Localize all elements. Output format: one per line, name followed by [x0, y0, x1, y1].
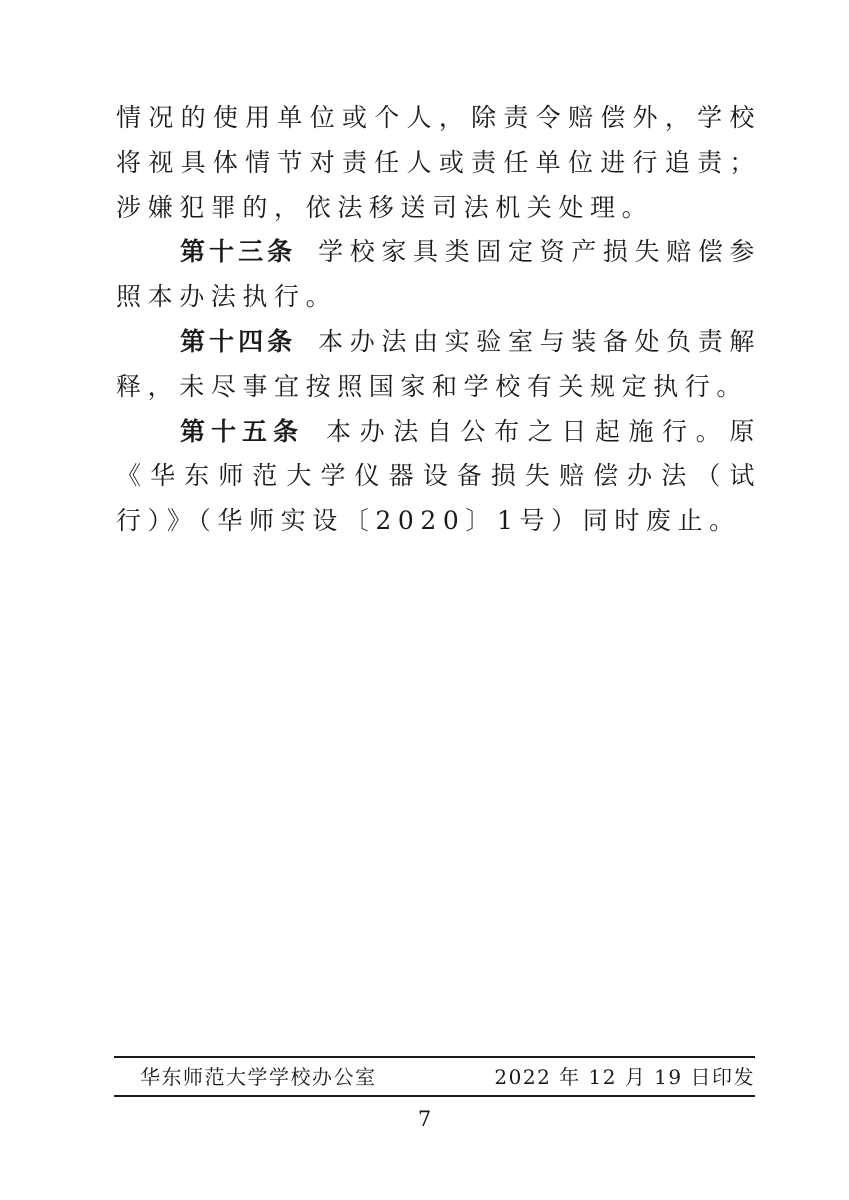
footer-top-rule — [114, 1056, 755, 1058]
page-number: 7 — [0, 1105, 849, 1133]
article-14: 第十四条本办法由实验室与装备处负责解释，未尽事宜按照国家和学校有关规定执行。 — [116, 320, 761, 410]
article-15: 第十五条本办法自公布之日起施行。原《华东师范大学仪器设备损失赔偿办法（试行）》（… — [116, 410, 761, 544]
footer-issuer: 华东师范大学学校办公室 — [140, 1063, 377, 1091]
document-body: 情况的使用单位或个人，除责令赔偿外，学校将视具体情节对责任人或责任单位进行追责；… — [116, 96, 761, 544]
article-label: 第十五条 — [180, 417, 304, 446]
paragraph-continuation: 情况的使用单位或个人，除责令赔偿外，学校将视具体情节对责任人或责任单位进行追责；… — [116, 96, 761, 230]
article-label: 第十三条 — [180, 237, 296, 266]
article-label: 第十四条 — [180, 327, 296, 356]
footer-issue-date: 2022 年 12 月 19 日印发 — [494, 1063, 755, 1091]
paragraph-text: 情况的使用单位或个人，除责令赔偿外，学校将视具体情节对责任人或责任单位进行追责；… — [116, 103, 761, 222]
footer-bottom-rule — [114, 1095, 755, 1097]
article-13: 第十三条学校家具类固定资产损失赔偿参照本办法执行。 — [116, 230, 761, 320]
